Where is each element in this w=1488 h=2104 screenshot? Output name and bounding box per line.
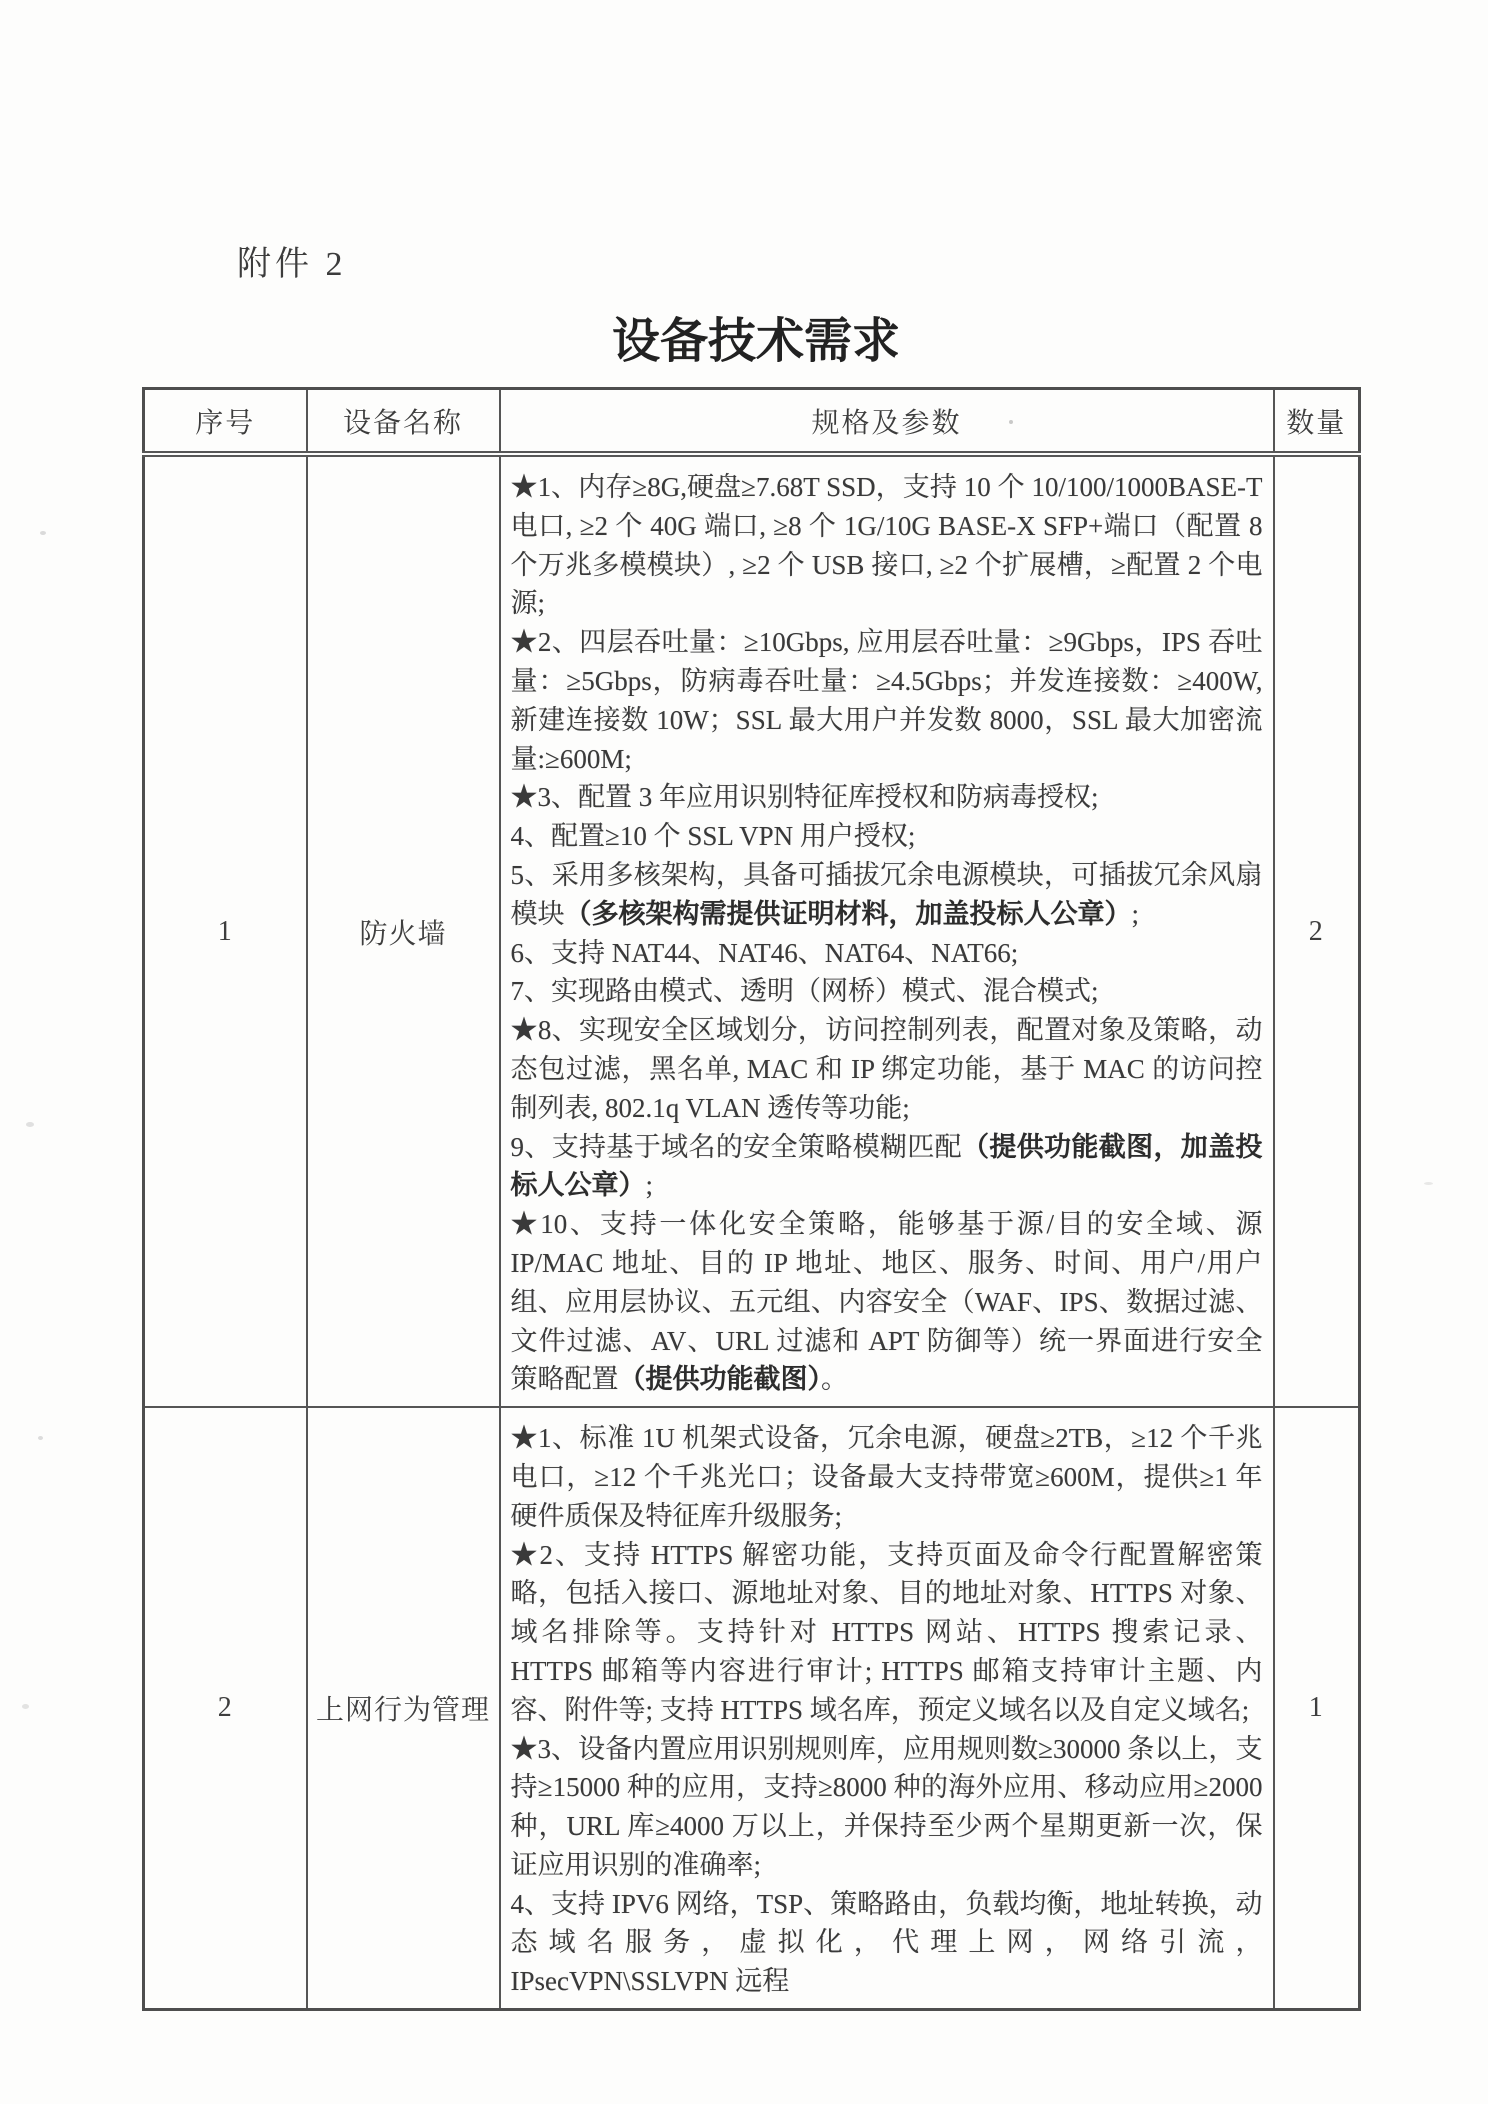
spec-item: ★2、四层吞吐量：≥10Gbps, 应用层吞吐量：≥9Gbps，IPS 吞吐量：… [511, 623, 1263, 778]
row-serial-cell: 1 [144, 454, 307, 1407]
table-header-row: 序号 设备名称 规格及参数 数量 [144, 389, 1360, 455]
spec-segment: ★2、支持 HTTPS 解密功能，支持页面及命令行配置解密策略，包括入接口、源地… [511, 1540, 1263, 1725]
spec-table: 序号 设备名称 规格及参数 数量 1防火墙★1、内存≥8G,硬盘≥7.68T S… [142, 387, 1361, 2011]
spec-segment: 。 [821, 1364, 848, 1394]
scan-artifact [22, 1704, 29, 1709]
spec-item: 4、支持 IPV6 网络，TSP、策略路由，负载均衡，地址转换，动态域名服务，虚… [511, 1885, 1263, 2001]
spec-segment: 9、支持基于域名的安全策略模糊匹配 [511, 1132, 962, 1162]
row-quantity-cell: 2 [1274, 454, 1360, 1407]
spec-segment: 4、配置≥10 个 SSL VPN 用户授权; [511, 821, 916, 851]
row-name-cell: 防火墙 [307, 454, 500, 1407]
spec-item: 5、采用多核架构，具备可插拔冗余电源模块，可插拔冗余风扇模块（多核架构需提供证明… [511, 856, 1263, 934]
col-header-spec: 规格及参数 [500, 389, 1274, 455]
spec-bold-segment: （多核架构需提供证明材料，加盖投标人公章） [565, 899, 1132, 929]
spec-item: 4、配置≥10 个 SSL VPN 用户授权; [511, 817, 1263, 856]
spec-segment: ★1、标准 1U 机架式设备，冗余电源，硬盘≥2TB，≥12 个千兆电口，≥12… [511, 1423, 1263, 1531]
spec-bold-segment: （提供功能截图） [619, 1364, 822, 1394]
row-spec-cell: ★1、内存≥8G,硬盘≥7.68T SSD，支持 10 个 10/100/100… [500, 454, 1274, 1407]
spec-item: ★3、配置 3 年应用识别特征库授权和防病毒授权; [511, 778, 1263, 817]
spec-segment: ★2、四层吞吐量：≥10Gbps, 应用层吞吐量：≥9Gbps，IPS 吞吐量：… [511, 627, 1263, 773]
spec-item: ★2、支持 HTTPS 解密功能，支持页面及命令行配置解密策略，包括入接口、源地… [511, 1536, 1263, 1730]
spec-segment: 4、支持 IPV6 网络，TSP、策略路由，负载均衡，地址转换，动态域名服务，虚… [511, 1889, 1263, 1997]
spec-item: ★3、设备内置应用识别规则库，应用规则数≥30000 条以上，支持≥15000 … [511, 1730, 1263, 1885]
row-quantity-cell: 1 [1274, 1407, 1360, 2009]
scan-artifact [38, 1436, 43, 1440]
col-header-quantity: 数量 [1274, 389, 1360, 455]
row-spec-cell: ★1、标准 1U 机架式设备，冗余电源，硬盘≥2TB，≥12 个千兆电口，≥12… [500, 1407, 1274, 2009]
spec-segment: ; [1132, 899, 1140, 929]
scan-artifact [1424, 1182, 1433, 1185]
page-title: 设备技术需求 [612, 302, 900, 371]
spec-segment: ★1、内存≥8G,硬盘≥7.68T SSD，支持 10 个 10/100/100… [511, 472, 1263, 618]
table-row: 2上网行为管理★1、标准 1U 机架式设备，冗余电源，硬盘≥2TB，≥12 个千… [144, 1407, 1360, 2009]
row-name-cell: 上网行为管理 [307, 1407, 500, 2009]
scan-artifact [40, 531, 46, 535]
spec-segment: 7、实现路由模式、透明（网桥）模式、混合模式; [511, 976, 1099, 1006]
spec-segment: ; [646, 1170, 654, 1200]
col-header-name: 设备名称 [307, 389, 500, 455]
attachment-label: 附件 2 [237, 236, 347, 285]
spec-segment: 6、支持 NAT44、NAT46、NAT64、NAT66; [511, 938, 1019, 968]
document-page: 附件 2 设备技术需求 序号 设备名称 规格及参数 数量 1防火墙★1、内存≥8… [0, 0, 1488, 2104]
spec-segment: ★8、实现安全区域划分，访问控制列表，配置对象及策略，动态包过滤，黑名单, MA… [511, 1015, 1263, 1123]
row-serial-cell: 2 [144, 1407, 307, 2009]
spec-item: ★1、内存≥8G,硬盘≥7.68T SSD，支持 10 个 10/100/100… [511, 468, 1263, 623]
table-body: 1防火墙★1、内存≥8G,硬盘≥7.68T SSD，支持 10 个 10/100… [144, 454, 1360, 2010]
spec-item: ★1、标准 1U 机架式设备，冗余电源，硬盘≥2TB，≥12 个千兆电口，≥12… [511, 1419, 1263, 1535]
spec-item: 7、实现路由模式、透明（网桥）模式、混合模式; [511, 972, 1263, 1011]
scan-artifact [1009, 420, 1013, 424]
spec-item: 6、支持 NAT44、NAT46、NAT64、NAT66; [511, 934, 1263, 973]
spec-item: ★8、实现安全区域划分，访问控制列表，配置对象及策略，动态包过滤，黑名单, MA… [511, 1011, 1263, 1127]
table-row: 1防火墙★1、内存≥8G,硬盘≥7.68T SSD，支持 10 个 10/100… [144, 454, 1360, 1407]
spec-segment: ★3、配置 3 年应用识别特征库授权和防病毒授权; [511, 782, 1099, 812]
spec-item: ★10、支持一体化安全策略，能够基于源/目的安全域、源 IP/MAC 地址、目的… [511, 1205, 1263, 1399]
col-header-serial: 序号 [144, 389, 307, 455]
spec-segment: ★3、设备内置应用识别规则库，应用规则数≥30000 条以上，支持≥15000 … [511, 1734, 1263, 1880]
scan-artifact [26, 1122, 34, 1127]
spec-item: 9、支持基于域名的安全策略模糊匹配（提供功能截图，加盖投标人公章）; [511, 1128, 1263, 1206]
